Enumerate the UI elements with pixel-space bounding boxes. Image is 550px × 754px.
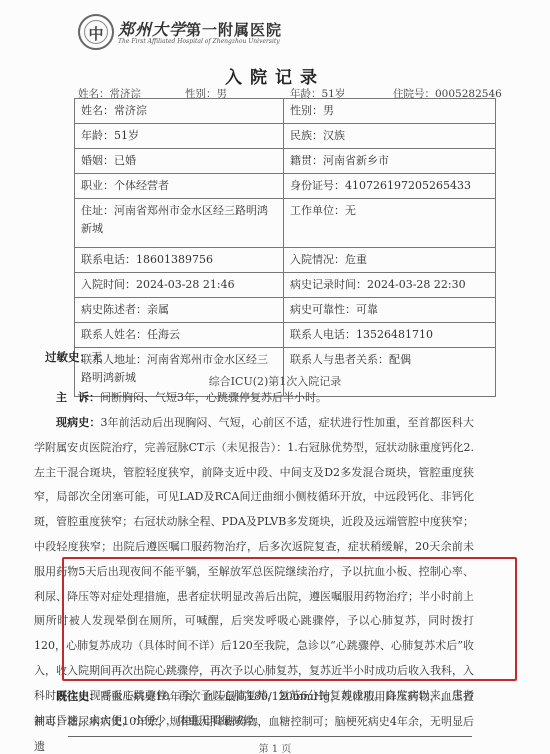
info-informant: 病史陈述者：亲属 — [75, 298, 284, 323]
info-native-place: 籍贯：河南省新乡市 — [284, 149, 496, 174]
info-name: 姓名：常济淙 — [75, 99, 284, 124]
table-row: 姓名：常济淙性别：男 — [75, 99, 496, 124]
info-admission-status: 入院情况：危重 — [284, 248, 496, 273]
info-contact-name: 联系人姓名：任海云 — [75, 323, 284, 348]
table-row: 年龄：51岁民族：汉族 — [75, 124, 496, 149]
past-history-label: 既往史： — [56, 690, 100, 703]
info-gender: 性别：男 — [284, 99, 496, 124]
present-illness-label: 现病史： — [56, 416, 100, 429]
info-address: 住址：河南省郑州市金水区经三路明鸿新城 — [75, 199, 284, 248]
info-admission-time: 入院时间：2024-03-28 21:46 — [75, 273, 284, 298]
chief-complaint-label: 主 诉： — [56, 391, 100, 404]
allergy-history: 过敏史：无 — [45, 349, 103, 365]
page-number: 第 1 页 — [0, 740, 550, 754]
table-row: 联系人姓名：任海云联系人电话：13526481710 — [75, 323, 496, 348]
info-phone: 联系电话：18601389756 — [75, 248, 284, 273]
info-ethnicity: 民族：汉族 — [284, 124, 496, 149]
chief-complaint-value: 间断胸闷、气短3年，心跳骤停复苏后半小时。 — [100, 391, 327, 404]
table-row: 婚姻：已婚籍贯：河南省新乡市 — [75, 149, 496, 174]
info-marital: 婚姻：已婚 — [75, 149, 284, 174]
hospital-name-en: The First Affiliated Hospital of Zhengzh… — [118, 38, 280, 45]
allergy-value: 无 — [91, 350, 103, 364]
info-occupation: 职业：个体经营者 — [75, 174, 284, 199]
hospital-name-rest: 第一附属医院 — [186, 21, 282, 39]
table-row: 职业：个体经营者身份证号：410726197205265433 — [75, 174, 496, 199]
info-reliability: 病史可靠性：可靠 — [284, 298, 496, 323]
info-contact-phone: 联系人电话：13526481710 — [284, 323, 496, 348]
patient-info-table: 姓名：常济淙性别：男 年龄：51岁民族：汉族 婚姻：已婚籍贯：河南省新乡市 职业… — [74, 98, 496, 397]
table-row: 病史陈述者：亲属病史可靠性：可靠 — [75, 298, 496, 323]
highlight-box — [62, 557, 517, 681]
medical-record-page: 郑州大学第一附属医院 The First Affiliated Hospital… — [0, 0, 550, 754]
footer-divider — [68, 736, 472, 737]
chief-complaint: 主 诉：间断胸闷、气短3年，心跳骤停复苏后半小时。 — [34, 386, 496, 411]
hospital-name-cn: 郑州大学第一附属医院 — [118, 17, 282, 40]
table-row: 联系电话：18601389756入院情况：危重 — [75, 248, 496, 273]
table-row: 住址：河南省郑州市金水区经三路明鸿新城工作单位：无 — [75, 199, 496, 248]
info-employer: 工作单位：无 — [284, 199, 496, 248]
hospital-name-calligraphy: 郑州大学 — [118, 20, 186, 39]
allergy-label: 过敏史： — [45, 350, 91, 364]
info-record-time: 病史记录时间：2024-03-28 22:30 — [284, 273, 496, 298]
table-row: 入院时间：2024-03-28 21:46病史记录时间：2024-03-28 2… — [75, 273, 496, 298]
info-age: 年龄：51岁 — [75, 124, 284, 149]
hospital-logo-icon — [78, 14, 114, 50]
document-title: 入院记录 — [0, 63, 550, 88]
info-id-number: 身份证号：410726197205265433 — [284, 174, 496, 199]
